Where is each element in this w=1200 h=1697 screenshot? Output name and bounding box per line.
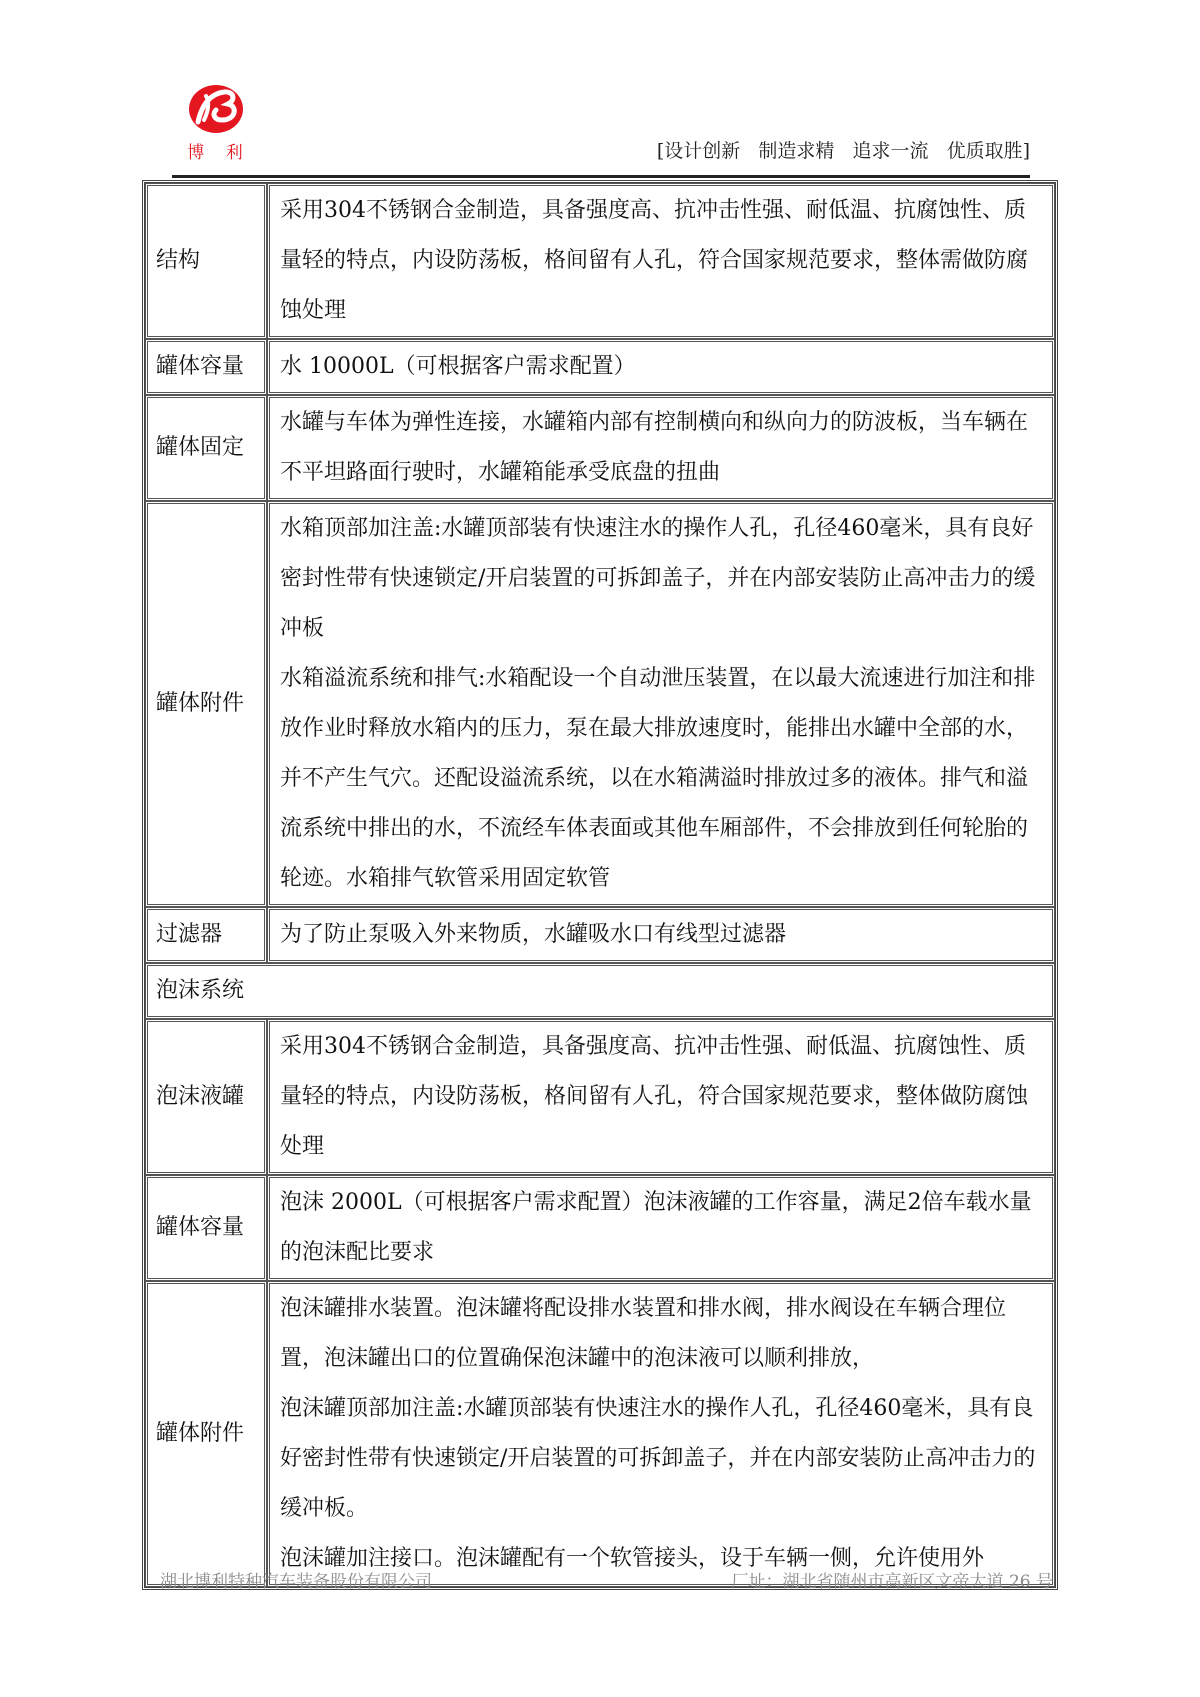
row-content: 采用304不锈钢合金制造，具备强度高、抗冲击性强、耐低温、抗腐蚀性、质量轻的特点…: [267, 183, 1055, 339]
row-content: 采用304不锈钢合金制造，具备强度高、抗冲击性强、耐低温、抗腐蚀性、质量轻的特点…: [267, 1019, 1055, 1175]
row-paragraph: 水箱溢流系统和排气:水箱配设一个自动泄压装置，在以最大流速进行加注和排放作业时释…: [280, 654, 1042, 904]
row-content: 水罐与车体为弹性连接，水罐箱内部有控制横向和纵向力的防波板，当车辆在不平坦路面行…: [267, 395, 1055, 501]
row-paragraph: 泡沫罐排水装置。泡沫罐将配设排水装置和排水阀，排水阀设在车辆合理位置，泡沫罐出口…: [280, 1284, 1042, 1384]
footer-address: 厂址：湖北省随州市高新区文帝大道 26 号: [732, 1567, 1053, 1592]
row-paragraph: 泡沫罐顶部加注盖:水罐顶部装有快速注水的操作人孔，孔径460毫米，具有良好密封性…: [280, 1384, 1042, 1534]
header-divider: [172, 175, 1030, 178]
row-paragraph: 采用304不锈钢合金制造，具备强度高、抗冲击性强、耐低温、抗腐蚀性、质量轻的特点…: [280, 1022, 1042, 1172]
row-paragraph: 采用304不锈钢合金制造，具备强度高、抗冲击性强、耐低温、抗腐蚀性、质量轻的特点…: [280, 186, 1042, 336]
section-heading: 泡沫系统: [145, 963, 1055, 1019]
table-row: 罐体容量 泡沫 2000L（可根据客户需求配置）泡沫液罐的工作容量，满足2倍车载…: [145, 1175, 1055, 1281]
row-label: 泡沫液罐: [145, 1019, 267, 1175]
row-label: 罐体固定: [145, 395, 267, 501]
row-label: 罐体容量: [145, 1175, 267, 1281]
row-content: 水 10000L（可根据客户需求配置）: [267, 339, 1055, 395]
row-label: 结构: [145, 183, 267, 339]
row-content: 泡沫 2000L（可根据客户需求配置）泡沫液罐的工作容量，满足2倍车载水量的泡沫…: [267, 1175, 1055, 1281]
row-content: 泡沫罐排水装置。泡沫罐将配设排水装置和排水阀，排水阀设在车辆合理位置，泡沫罐出口…: [267, 1281, 1055, 1587]
row-paragraph: 水 10000L（可根据客户需求配置）: [280, 342, 1042, 392]
footer-company: 湖北博利特种汽车装备股份有限公司: [160, 1567, 432, 1592]
table-row: 泡沫液罐 采用304不锈钢合金制造，具备强度高、抗冲击性强、耐低温、抗腐蚀性、质…: [145, 1019, 1055, 1175]
row-paragraph: 泡沫 2000L（可根据客户需求配置）泡沫液罐的工作容量，满足2倍车载水量的泡沫…: [280, 1178, 1042, 1278]
table-row: 罐体固定 水罐与车体为弹性连接，水罐箱内部有控制横向和纵向力的防波板，当车辆在不…: [145, 395, 1055, 501]
table-row: 罐体附件 水箱顶部加注盖:水罐顶部装有快速注水的操作人孔，孔径460毫米，具有良…: [145, 501, 1055, 907]
spec-table: 结构 采用304不锈钢合金制造，具备强度高、抗冲击性强、耐低温、抗腐蚀性、质量轻…: [142, 180, 1058, 1590]
row-label: 过滤器: [145, 907, 267, 963]
logo-text: 博 利: [178, 138, 254, 163]
table-row: 结构 采用304不锈钢合金制造，具备强度高、抗冲击性强、耐低温、抗腐蚀性、质量轻…: [145, 183, 1055, 339]
table-row: 罐体附件 泡沫罐排水装置。泡沫罐将配设排水装置和排水阀，排水阀设在车辆合理位置，…: [145, 1281, 1055, 1587]
company-logo: 博 利: [178, 82, 254, 162]
row-content: 为了防止泵吸入外来物质，水罐吸水口有线型过滤器: [267, 907, 1055, 963]
row-content: 水箱顶部加注盖:水罐顶部装有快速注水的操作人孔，孔径460毫米，具有良好密封性带…: [267, 501, 1055, 907]
row-label: 罐体容量: [145, 339, 267, 395]
table-row: 罐体容量 水 10000L（可根据客户需求配置）: [145, 339, 1055, 395]
table-row: 过滤器 为了防止泵吸入外来物质，水罐吸水口有线型过滤器: [145, 907, 1055, 963]
company-slogan: [设计创新 制造求精 追求一流 优质取胜]: [600, 136, 1030, 163]
row-paragraph: 水箱顶部加注盖:水罐顶部装有快速注水的操作人孔，孔径460毫米，具有良好密封性带…: [280, 504, 1042, 654]
boli-logo-icon: [184, 82, 248, 136]
row-paragraph: 为了防止泵吸入外来物质，水罐吸水口有线型过滤器: [280, 910, 1042, 960]
row-label: 罐体附件: [145, 501, 267, 907]
section-row: 泡沫系统: [145, 963, 1055, 1019]
row-paragraph: 水罐与车体为弹性连接，水罐箱内部有控制横向和纵向力的防波板，当车辆在不平坦路面行…: [280, 398, 1042, 498]
row-label: 罐体附件: [145, 1281, 267, 1587]
